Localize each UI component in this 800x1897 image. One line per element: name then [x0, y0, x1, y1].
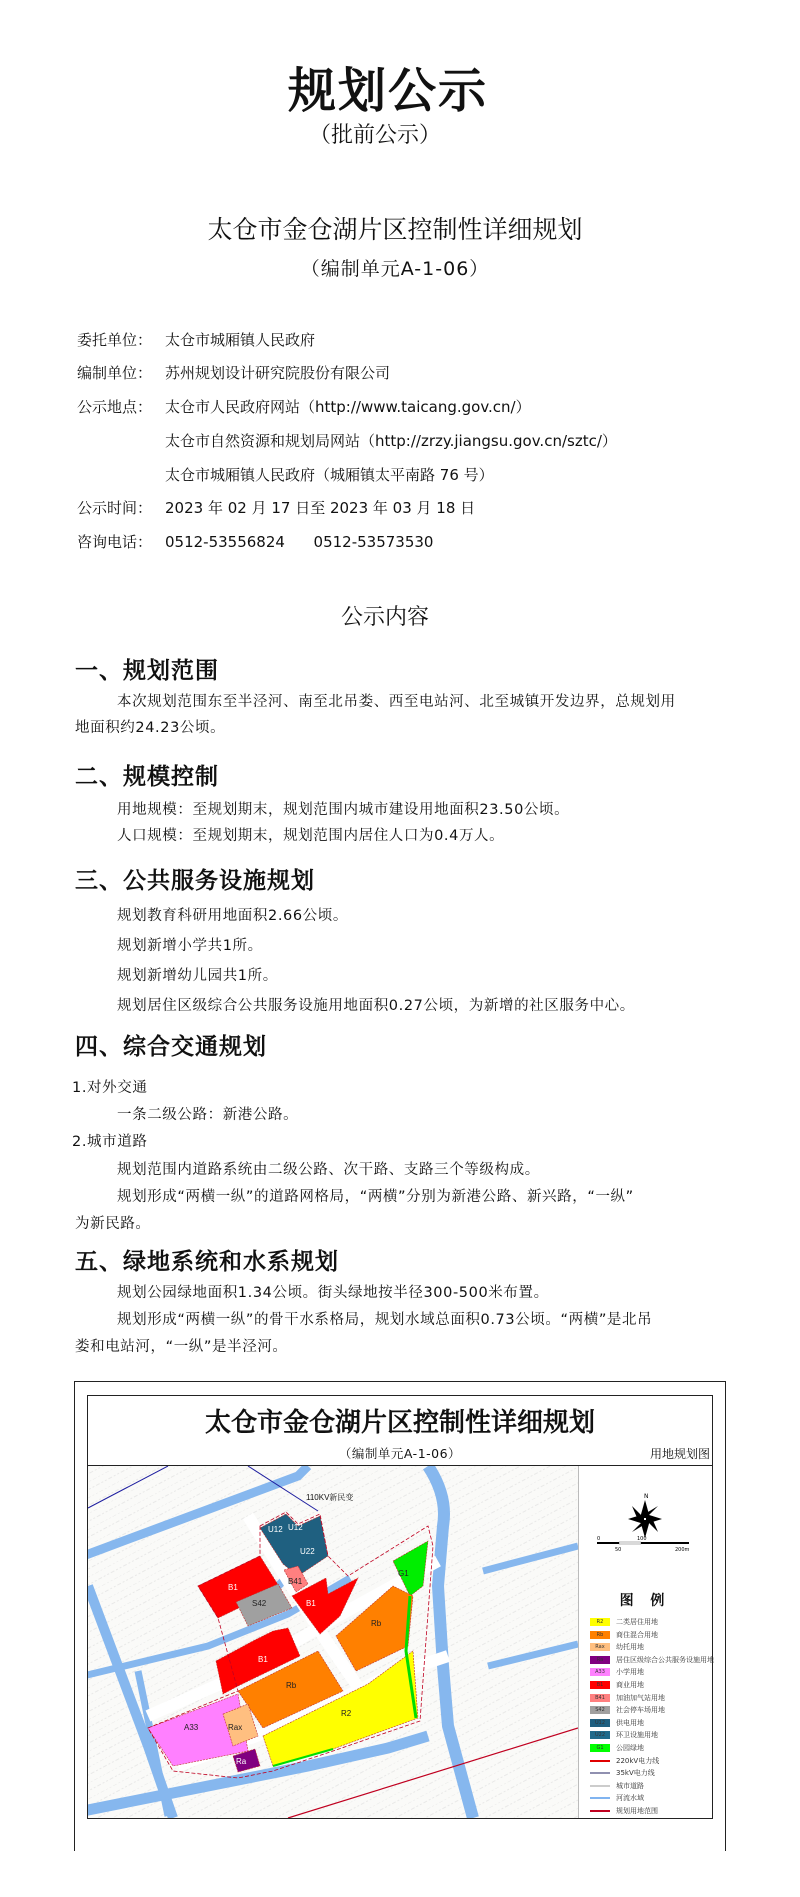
info-location: 公示地点：太仓市人民政府网站（http://www.taicang.gov.cn…	[77, 397, 531, 417]
section-heading: 一、规划范围	[75, 652, 219, 685]
info-designer: 编制单位：苏州规划设计研究院股份有限公司	[77, 363, 390, 383]
map-type-label: 用地规划图	[650, 1445, 710, 1462]
legend-label: 规划用地范围	[616, 1806, 658, 1816]
subsection-heading: 1.对外交通	[72, 1078, 147, 1098]
svg-text:200m: 200m	[675, 1547, 689, 1553]
svg-text:0: 0	[597, 1536, 600, 1542]
legend-label: 环卫设施用地	[616, 1730, 658, 1740]
plan-name: 太仓市金仓湖片区控制性详细规划	[0, 210, 795, 246]
map-subtitle: （编制单元A-1-06）	[87, 1444, 713, 1462]
paragraph: 规划形成“两横一纵”的骨干水系格局，规划水域总面积0.73公顷。“两横”是北吊	[117, 1310, 652, 1330]
info-value: 2023 年 02 月 17 日至 2023 年 03 月 18 日	[165, 499, 475, 517]
svg-text:B1: B1	[228, 1583, 238, 1592]
info-value: 太仓市城厢镇人民政府	[165, 331, 315, 349]
info-period: 公示时间：2023 年 02 月 17 日至 2023 年 03 月 18 日	[77, 498, 475, 518]
legend-label: 供电用地	[616, 1718, 644, 1728]
svg-text:U22: U22	[300, 1547, 315, 1556]
legend-swatch: U22	[590, 1731, 610, 1739]
legend-swatch	[590, 1772, 610, 1774]
land-use-map: U12 U12 U22 B1 B1 B1 S42 B41 G1 Rb Rb R2…	[88, 1466, 578, 1818]
legend-item: S42社会停车场用地	[590, 1705, 665, 1715]
legend-item: R2二类居住用地	[590, 1617, 658, 1627]
legend-label: 河流水域	[616, 1793, 644, 1803]
legend-item: A33小学用地	[590, 1667, 644, 1677]
svg-text:G1: G1	[398, 1569, 409, 1578]
info-label: 编制单位：	[77, 363, 165, 383]
paragraph: 规划公园绿地面积1.34公顷。街头绿地按半径300-500米布置。	[117, 1283, 549, 1303]
legend-swatch: B41	[590, 1694, 610, 1702]
legend-swatch: R2	[590, 1618, 610, 1626]
svg-text:Ra: Ra	[236, 1757, 247, 1766]
svg-text:Rb: Rb	[286, 1681, 297, 1690]
legend-label: 220kV电力线	[616, 1756, 659, 1766]
scale-bar: 0 100 50 200m	[597, 1532, 689, 1556]
legend-swatch: Rb	[590, 1631, 610, 1639]
legend-label: 加油加气站用地	[616, 1693, 665, 1703]
svg-text:Rb: Rb	[371, 1619, 382, 1628]
svg-text:A33: A33	[184, 1723, 199, 1732]
legend-label: 居住区级综合公共服务设施用地	[616, 1655, 714, 1665]
legend-item: B1商业用地	[590, 1680, 644, 1690]
info-location: 太仓市自然资源和规划局网站（http://zrzy.jiangsu.gov.cn…	[77, 431, 617, 451]
legend-item: Rb商住混合用地	[590, 1630, 658, 1640]
svg-text:S42: S42	[252, 1599, 267, 1608]
info-label: 公示时间：	[77, 498, 165, 518]
notice-title: 规划公示	[0, 52, 788, 121]
location-link[interactable]: 太仓市自然资源和规划局网站（http://zrzy.jiangsu.gov.cn…	[165, 432, 617, 450]
legend-label: 社会停车场用地	[616, 1705, 665, 1715]
legend-label: 小学用地	[616, 1667, 644, 1677]
paragraph: 规划形成“两横一纵”的道路网格局，“两横”分别为新港公路、新兴路，“一纵”	[117, 1187, 634, 1207]
paragraph: 规划范围内道路系统由二级公路、次干路、支路三个等级构成。	[117, 1160, 540, 1180]
phone-numbers: 0512-53556824 0512-53573530	[165, 533, 433, 551]
info-label: 公示地点：	[77, 397, 165, 417]
svg-text:B1: B1	[258, 1655, 268, 1664]
legend-item: U22环卫设施用地	[590, 1730, 658, 1740]
legend-item: 河流水域	[590, 1793, 644, 1803]
location-link[interactable]: 太仓市人民政府网站（http://www.taicang.gov.cn/）	[165, 398, 531, 416]
legend-label: 幼托用地	[616, 1642, 644, 1652]
info-label: 咨询电话：	[77, 532, 165, 552]
legend-swatch: Ra	[590, 1656, 610, 1664]
legend-swatch: U12	[590, 1719, 610, 1727]
content-title: 公示内容	[0, 600, 785, 631]
info-phone: 咨询电话：0512-53556824 0512-53573530	[77, 532, 433, 552]
paragraph: 用地规模：至规划期末，规划范围内城市建设用地面积23.50公顷。	[117, 800, 569, 820]
notice-subtitle: （批前公示）	[0, 118, 775, 149]
svg-text:100: 100	[637, 1536, 647, 1542]
substation-label: 110KV新民变	[306, 1492, 353, 1502]
info-location: 太仓市城厢镇人民政府（城厢镇太平南路 76 号）	[77, 465, 494, 485]
info-client: 委托单位：太仓市城厢镇人民政府	[77, 330, 315, 350]
paragraph: 地面积约24.23公顷。	[75, 718, 225, 738]
svg-text:R2: R2	[341, 1709, 352, 1718]
legend-item: 35kV电力线	[590, 1768, 655, 1778]
paragraph: 本次规划范围东至半泾河、南至北吊娄、西至电站河、北至城镇开发边界，总规划用	[117, 692, 676, 712]
legend-item: 城市道路	[590, 1781, 644, 1791]
legend-swatch	[590, 1760, 610, 1762]
legend-label: 商业用地	[616, 1680, 644, 1690]
legend-label: 城市道路	[616, 1781, 644, 1791]
legend-swatch: G1	[590, 1744, 610, 1752]
legend-item: 220kV电力线	[590, 1756, 659, 1766]
paragraph: 为新民路。	[75, 1214, 151, 1234]
paragraph: 规划居住区级综合公共服务设施用地面积0.27公顷，为新增的社区服务中心。	[117, 996, 635, 1016]
legend-item: 规划用地范围	[590, 1806, 658, 1816]
section-heading: 二、规模控制	[75, 758, 219, 791]
info-label: 委托单位：	[77, 330, 165, 350]
legend-swatch	[590, 1797, 610, 1799]
svg-text:B1: B1	[306, 1599, 316, 1608]
legend-item: G1公园绿地	[590, 1743, 644, 1753]
paragraph: 一条二级公路：新港公路。	[117, 1105, 298, 1125]
legend-label: 公园绿地	[616, 1743, 644, 1753]
paragraph: 人口规模：至规划期末，规划范围内居住人口为0.4万人。	[117, 826, 504, 846]
legend-swatch	[590, 1810, 610, 1812]
subsection-heading: 2.城市道路	[72, 1132, 147, 1152]
legend-swatch: A33	[590, 1668, 610, 1676]
paragraph: 规划新增小学共1所。	[117, 936, 263, 956]
legend-label: 35kV电力线	[616, 1768, 655, 1778]
legend-swatch: Rax	[590, 1643, 610, 1651]
legend-swatch: B1	[590, 1681, 610, 1689]
svg-text:U12: U12	[268, 1525, 283, 1534]
legend-item: B41加油加气站用地	[590, 1693, 665, 1703]
svg-text:Rax: Rax	[228, 1723, 242, 1732]
legend-item: U12供电用地	[590, 1718, 644, 1728]
legend-swatch: S42	[590, 1706, 610, 1714]
svg-text:B41: B41	[288, 1577, 303, 1586]
legend-label: 二类居住用地	[616, 1617, 658, 1627]
paragraph: 规划教育科研用地面积2.66公顷。	[117, 906, 348, 926]
land-use-map-drawing: U12 U12 U22 B1 B1 B1 S42 B41 G1 Rb Rb R2…	[88, 1466, 578, 1818]
legend-item: Ra居住区级综合公共服务设施用地	[590, 1655, 714, 1665]
paragraph: 规划新增幼儿园共1所。	[117, 966, 278, 986]
svg-text:U12: U12	[288, 1523, 303, 1532]
section-heading: 三、公共服务设施规划	[75, 862, 315, 895]
legend-item: Rax幼托用地	[590, 1642, 644, 1652]
legend-title: 图 例	[578, 1590, 712, 1610]
plan-unit: （编制单元A-1-06）	[0, 254, 795, 281]
svg-text:50: 50	[615, 1547, 621, 1553]
info-value: 苏州规划设计研究院股份有限公司	[165, 364, 390, 382]
section-heading: 四、综合交通规划	[75, 1028, 267, 1061]
map-title: 太仓市金仓湖片区控制性详细规划	[87, 1402, 713, 1439]
svg-text:N: N	[644, 1493, 649, 1500]
location-address: 太仓市城厢镇人民政府（城厢镇太平南路 76 号）	[165, 466, 494, 484]
paragraph: 娄和电站河，“一纵”是半泾河。	[75, 1337, 288, 1357]
section-heading: 五、绿地系统和水系规划	[75, 1243, 339, 1276]
legend-swatch	[590, 1785, 610, 1787]
legend-label: 商住混合用地	[616, 1630, 658, 1640]
